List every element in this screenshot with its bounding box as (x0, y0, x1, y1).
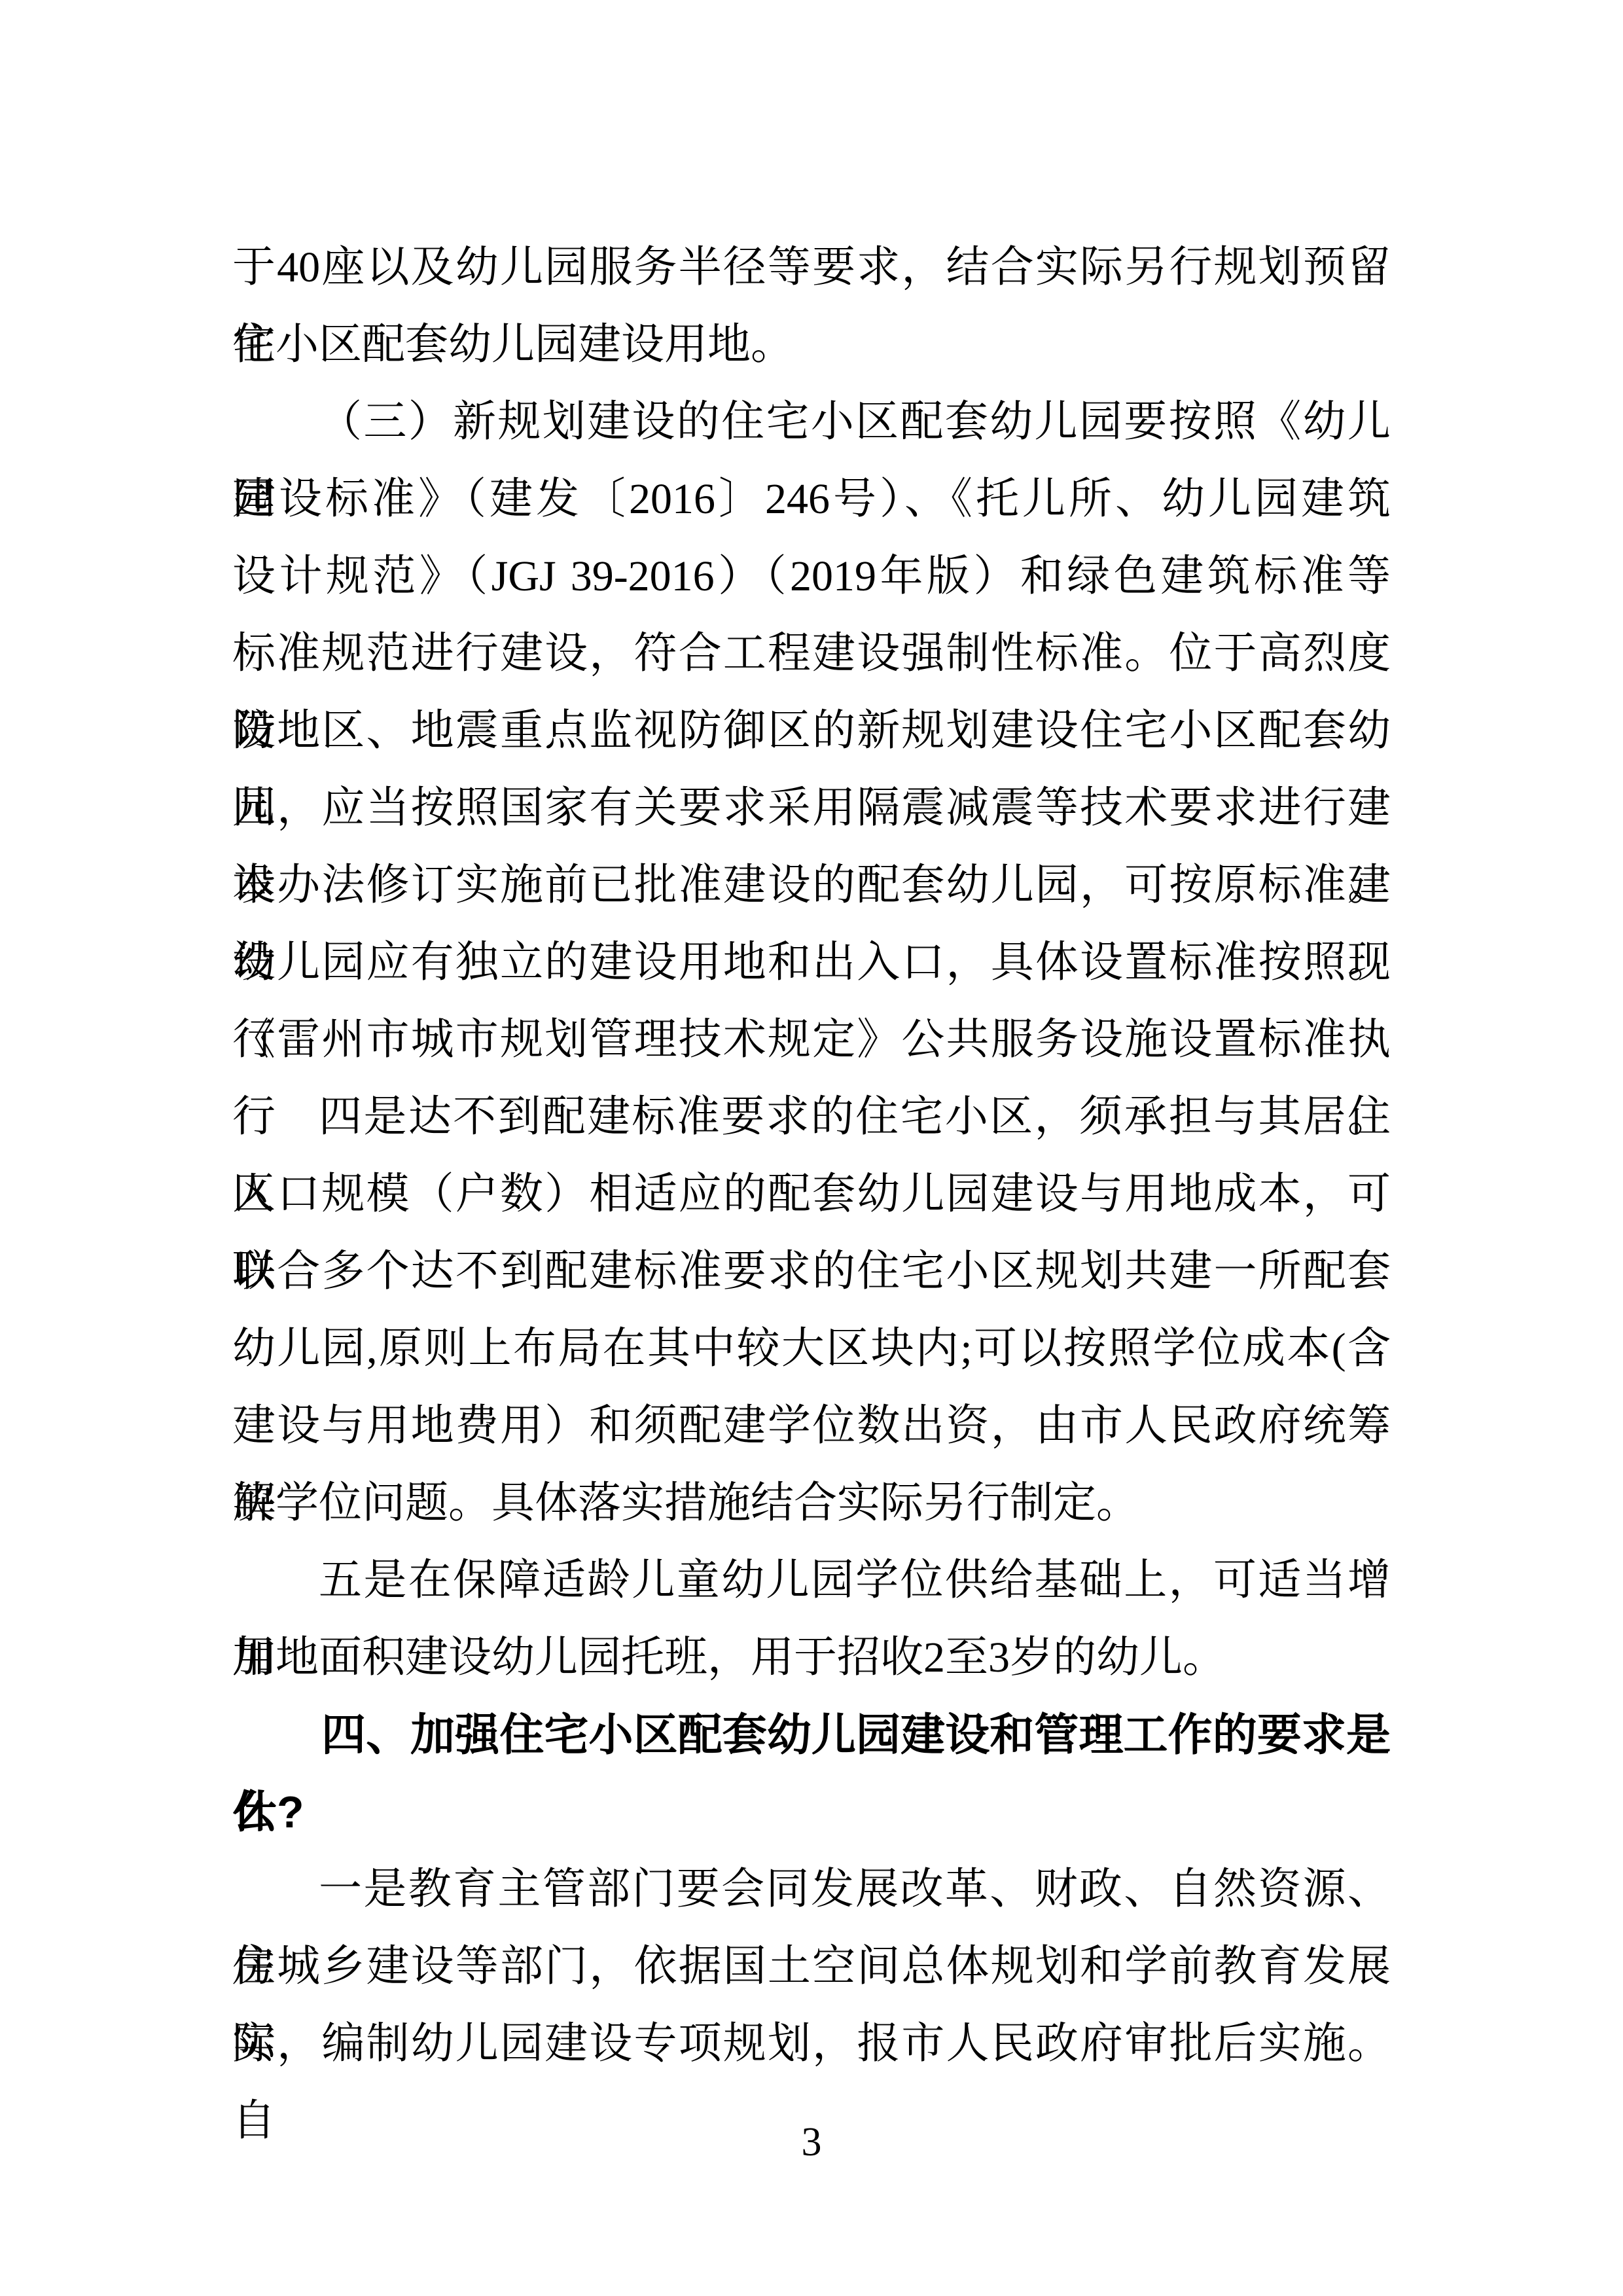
text-line-24: 际，编制幼儿园建设专项规划，报市人民政府审批后实施。自 (232, 2005, 1391, 2083)
text-line-17: 决学位问题。具体落实措施结合实际另行制定。 (232, 1465, 1391, 1542)
page-number: 3 (802, 2120, 822, 2164)
text-line-1: 于40座以及幼儿园服务半径等要求，结合实际另行规划预留住 (232, 229, 1391, 306)
text-line-14: 联合多个达不到配建标准要求的住宅小区规划共建一所配套 (232, 1233, 1391, 1310)
text-line-13: 人口规模（户数）相适应的配套幼儿园建设与用地成本，可以 (232, 1156, 1391, 1233)
section-heading-line-2: 么? (232, 1774, 1391, 1851)
text-line-19: 用地面积建设幼儿园托班，用于招收2至3岁的幼儿。 (232, 1619, 1391, 1696)
text-line-12: 四是达不到配建标准要求的住宅小区，须承担与其居住区 (232, 1079, 1391, 1156)
document-page: 于40座以及幼儿园服务半径等要求，结合实际另行规划预留住 宅小区配套幼儿园建设用… (0, 0, 1623, 2296)
text-line-10: 幼儿园应有独立的建设用地和出入口，具体设置标准按照现行 (232, 924, 1391, 1001)
text-line-5: 设计规范》（JGJ 39-2016）（2019年版）和绿色建筑标准等 (232, 538, 1391, 615)
text-line-7: 防地区、地震重点监视防御区的新规划建设住宅小区配套幼儿 (232, 692, 1391, 770)
text-line-11: 《雷州市城市规划管理技术规定》公共服务设施设置标准执行。 (232, 1001, 1391, 1079)
text-line-8: 园，应当按照国家有关要求采用隔震减震等技术要求进行建设。 (232, 770, 1391, 847)
text-line-3: （三）新规划建设的住宅小区配套幼儿园要按照《幼儿园 (232, 384, 1391, 461)
text-line-23: 房城乡建设等部门，依据国土空间总体规划和学前教育发展实 (232, 1928, 1391, 2005)
section-heading-line-1: 四、加强住宅小区配套幼儿园建设和管理工作的要求是什 (232, 1696, 1391, 1774)
text-line-15: 幼儿园,原则上布局在其中较大区块内;可以按照学位成本(含 (232, 1310, 1391, 1388)
text-line-9: 本办法修订实施前已批准建设的配套幼儿园，可按原标准建设。 (232, 847, 1391, 924)
text-line-2: 宅小区配套幼儿园建设用地。 (232, 306, 1391, 384)
text-line-22: 一是教育主管部门要会同发展改革、财政、自然资源、住 (232, 1851, 1391, 1928)
text-line-4: 建设标准》（建发〔2016〕246号）、《托儿所、幼儿园建筑 (232, 461, 1391, 538)
text-line-6: 标准规范进行建设，符合工程建设强制性标准。位于高烈度设 (232, 615, 1391, 692)
text-line-16: 建设与用地费用）和须配建学位数出资，由市人民政府统筹解 (232, 1388, 1391, 1465)
page-footer: 3 (0, 2119, 1623, 2166)
text-line-18: 五是在保障适龄儿童幼儿园学位供给基础上，可适当增加 (232, 1542, 1391, 1619)
document-body: 于40座以及幼儿园服务半径等要求，结合实际另行规划预留住 宅小区配套幼儿园建设用… (232, 229, 1391, 2083)
